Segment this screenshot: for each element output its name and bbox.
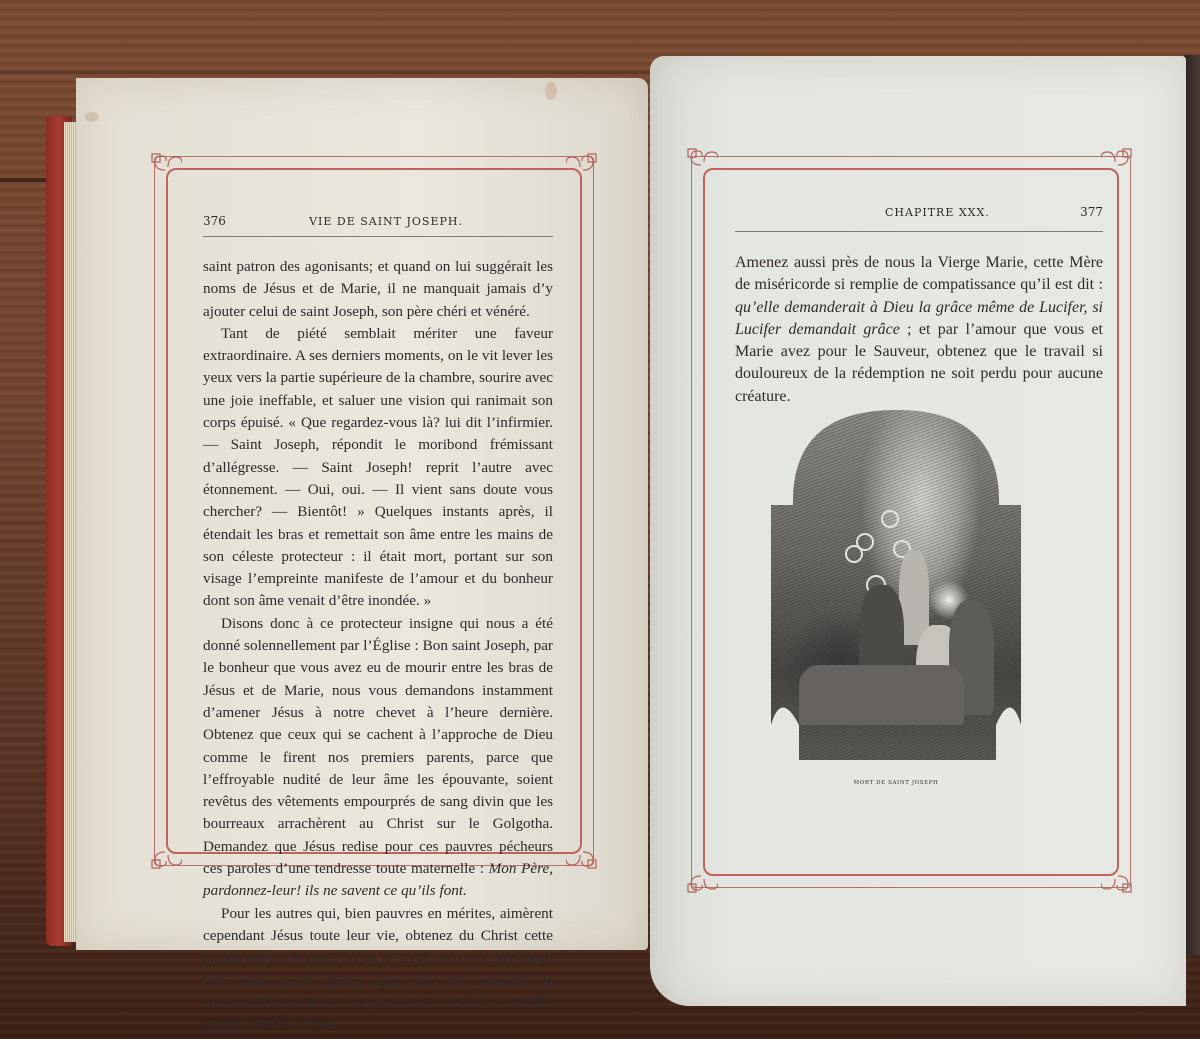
running-head: CHAPITRE XXX. — [885, 206, 990, 219]
ornament-corner-icon — [566, 150, 600, 184]
left-running-header: 376 VIE DE SAINT JOSEPH. — [203, 214, 553, 228]
running-head: VIE DE SAINT JOSEPH. — [309, 215, 463, 228]
ornament-corner-icon — [1101, 145, 1135, 179]
paragraph: Amenez aussi près de nous la Vierge Mari… — [735, 252, 1103, 408]
ornament-corner-icon — [566, 838, 600, 872]
ornament-corner-icon — [148, 838, 182, 872]
paragraph: saint patron des agonisants; et quand on… — [203, 256, 553, 323]
page-number: 376 — [203, 214, 226, 228]
right-running-header: CHAPITRE XXX. 377 — [735, 205, 1103, 219]
foxing-stain — [85, 112, 99, 122]
paragraph: Disons donc à ce protecteur insigne qui … — [203, 613, 553, 903]
foxing-stain — [545, 82, 557, 100]
ornament-corner-icon — [1101, 862, 1135, 896]
header-rule — [203, 236, 553, 237]
paragraph: Pour les autres qui, bien pauvres en mér… — [203, 903, 553, 1037]
ornament-corner-icon — [684, 862, 718, 896]
left-page-body: saint patron des agonisants; et quand on… — [203, 256, 553, 1036]
page-number: 377 — [1080, 205, 1103, 219]
halo — [845, 545, 863, 563]
halo — [881, 510, 899, 528]
engraving-illustration — [771, 410, 1021, 760]
book-cover-right — [1184, 55, 1200, 955]
bed-drapery — [799, 665, 964, 725]
right-page-body: Amenez aussi près de nous la Vierge Mari… — [735, 252, 1103, 408]
ornament-corner-icon — [148, 150, 182, 184]
paragraph: Tant de piété semblait mériter une faveu… — [203, 323, 553, 613]
ornament-corner-icon — [684, 145, 718, 179]
illustration-caption: MORT DE SAINT JOSEPH — [771, 780, 1021, 786]
header-rule — [735, 231, 1103, 232]
